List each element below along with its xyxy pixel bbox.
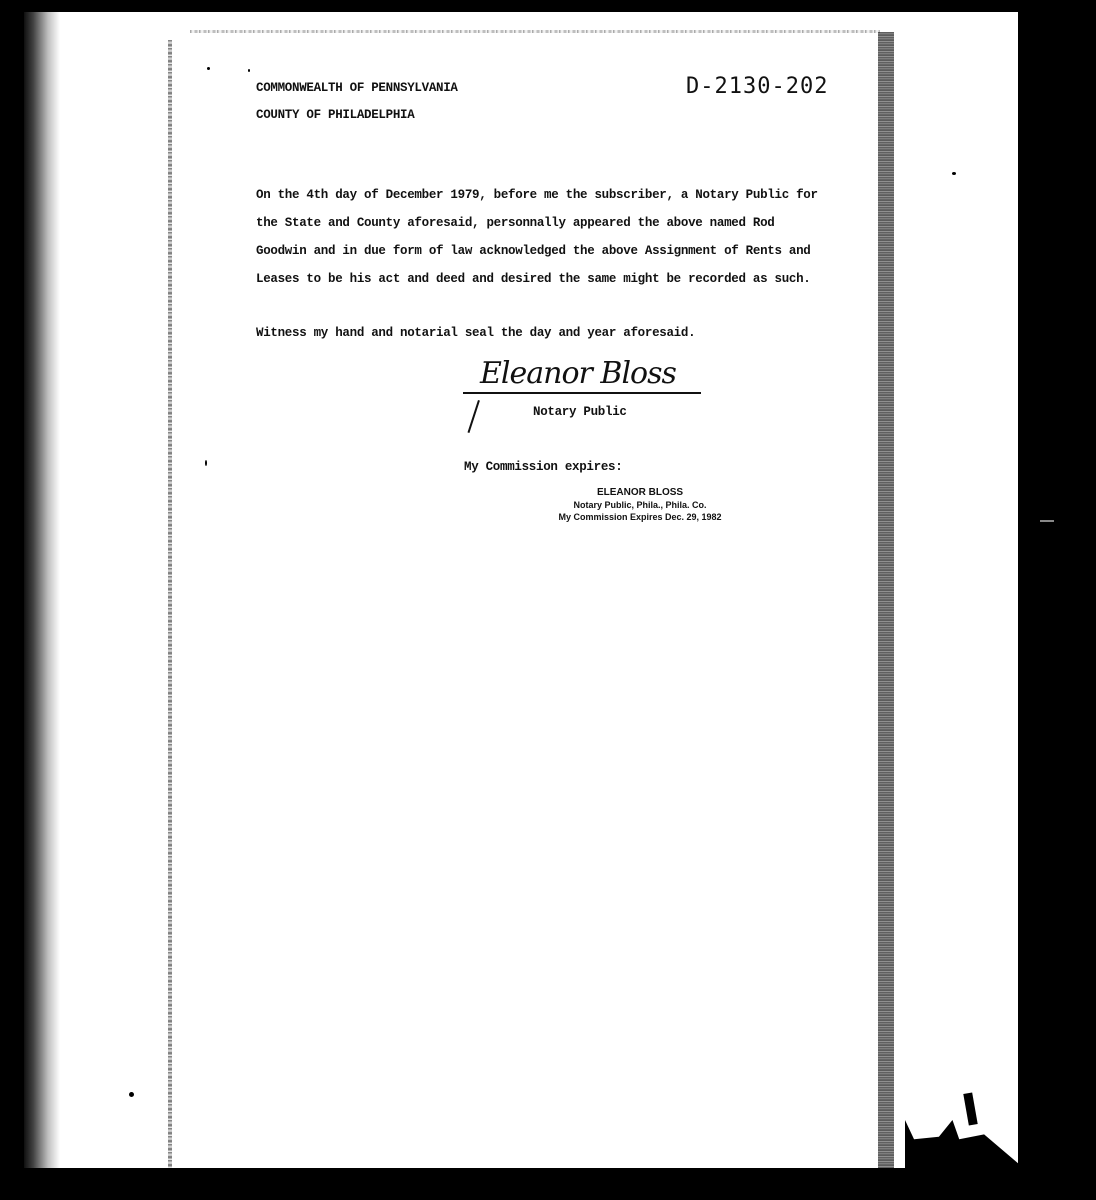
stamp-notary-name: ELEANOR BLOSS — [540, 487, 740, 499]
scan-top-edge — [0, 0, 1096, 12]
notary-stamp: ELEANOR BLOSS Notary Public, Phila., Phi… — [540, 487, 740, 523]
witness-statement: Witness my hand and notarial seal the da… — [256, 326, 695, 340]
scan-bottom-edge — [0, 1168, 1096, 1200]
signer-title: Notary Public — [533, 405, 627, 419]
scan-top-noise — [190, 30, 880, 33]
notary-signature: Eleanor Bloss — [480, 356, 676, 391]
commission-expires-label: My Commission expires: — [464, 460, 622, 474]
paragraph-line: the State and County aforesaid, personna… — [256, 209, 818, 237]
scan-speck — [952, 172, 956, 175]
signature-line — [463, 392, 701, 394]
acknowledgment-paragraph: On the 4th day of December 1979, before … — [256, 181, 818, 293]
scan-vertical-line — [168, 40, 172, 1168]
scan-speck — [1040, 520, 1054, 522]
paragraph-line: Goodwin and in due form of law acknowled… — [256, 237, 818, 265]
document-number: D-2130-202 — [686, 74, 828, 99]
scan-vertical-band — [878, 32, 894, 1168]
scan-right-edge — [1018, 0, 1096, 1200]
paragraph-line: On the 4th day of December 1979, before … — [256, 181, 818, 209]
paragraph-line: Leases to be his act and deed and desire… — [256, 265, 818, 293]
scan-speck — [248, 69, 250, 72]
stamp-expiration: My Commission Expires Dec. 29, 1982 — [540, 511, 740, 523]
scanned-document: COMMONWEALTH OF PENNSYLVANIA COUNTY OF P… — [0, 0, 1096, 1200]
scan-speck — [207, 67, 210, 70]
jurisdiction-state: COMMONWEALTH OF PENNSYLVANIA — [256, 81, 458, 95]
jurisdiction-county: COUNTY OF PHILADELPHIA — [256, 108, 414, 122]
scan-speck — [129, 1092, 134, 1097]
stamp-jurisdiction: Notary Public, Phila., Phila. Co. — [540, 499, 740, 511]
scan-speck — [205, 460, 207, 466]
scan-left-edge — [0, 0, 60, 1200]
